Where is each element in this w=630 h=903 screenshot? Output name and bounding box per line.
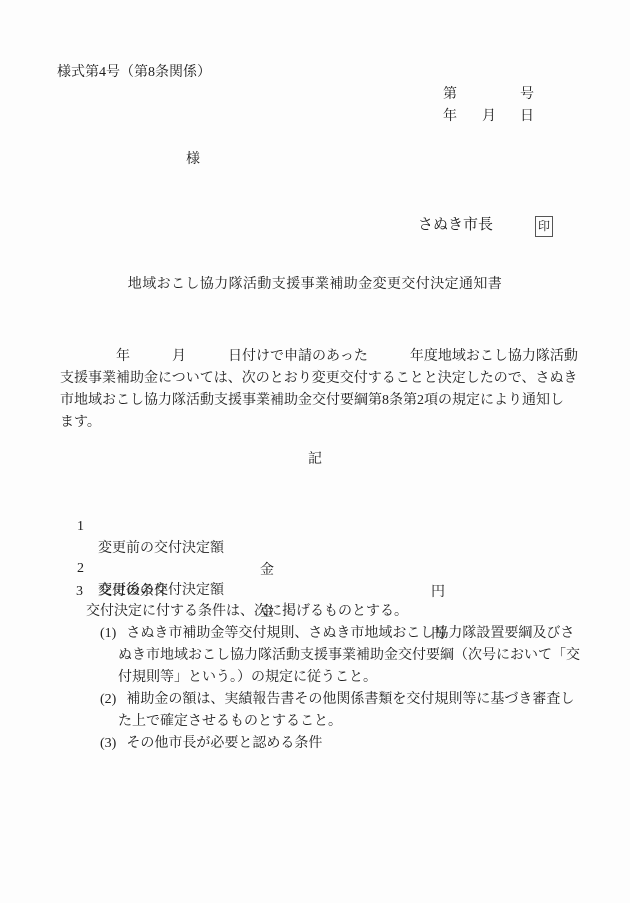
amount-suffix: 円 — [431, 582, 445, 604]
date-day-label: 日 — [520, 106, 534, 128]
section3-intro: 交付決定に付する条件は、次に掲げるものとする。 — [86, 601, 408, 623]
condition-item-3: (3)その他市長が必要と認める条件 — [57, 733, 597, 755]
item-number: 1 — [77, 516, 84, 538]
condition-marker: (1) — [100, 626, 116, 641]
document-page: 様式第4号（第8条関係） 第 号 年 月 日 様 さぬき市長 印 地域おこし協力… — [0, 0, 630, 903]
doc-number-prefix: 第 — [443, 84, 457, 106]
addressee-honorific: 様 — [186, 149, 200, 171]
date-year-label: 年 — [443, 106, 457, 128]
form-number: 様式第4号（第8条関係） — [57, 62, 211, 84]
section3-number: 3 — [76, 581, 83, 603]
amount-row-before: 1 変更前の交付決定額 金 円 — [0, 494, 630, 516]
sender-name: さぬき市長 — [418, 214, 493, 236]
condition-item-1: (1)さぬき市補助金等交付規則、さぬき市地域おこし協力隊設置要綱及びさ ぬき市地… — [57, 623, 597, 689]
document-title: 地域おこし協力隊活動支援事業補助金変更交付決定通知書 — [57, 274, 573, 296]
amount-prefix: 金 — [260, 560, 274, 582]
condition-item-2: (2)補助金の額は、実績報告書その他関係書類を交付規則等に基づき審査し た上で確… — [57, 689, 597, 733]
date-month-label: 月 — [482, 106, 496, 128]
condition-text: さぬき市補助金等交付規則、さぬき市地域おこし協力隊設置要綱及びさ ぬき市地域おこ… — [118, 626, 580, 685]
section3-heading: 交付の条件 — [98, 581, 168, 603]
amount-row-after: 2 変更後の交付決定額 金 円 — [0, 536, 630, 558]
condition-text: その他市長が必要と認める条件 — [126, 736, 322, 751]
seal-placeholder: 印 — [535, 216, 553, 237]
body-paragraph: 年 月 日付けで申請のあった 年度地域おこし協力隊活動 支援事業補助金については… — [60, 346, 620, 434]
conditions-list: (1)さぬき市補助金等交付規則、さぬき市地域おこし協力隊設置要綱及びさ ぬき市地… — [57, 623, 597, 755]
item-number: 2 — [77, 558, 84, 580]
condition-marker: (3) — [100, 736, 116, 751]
doc-number-suffix: 号 — [520, 84, 534, 106]
condition-text: 補助金の額は、実績報告書その他関係書類を交付規則等に基づき審査し た上で確定させ… — [118, 692, 574, 729]
condition-marker: (2) — [100, 692, 116, 707]
ki-mark: 記 — [57, 449, 573, 471]
